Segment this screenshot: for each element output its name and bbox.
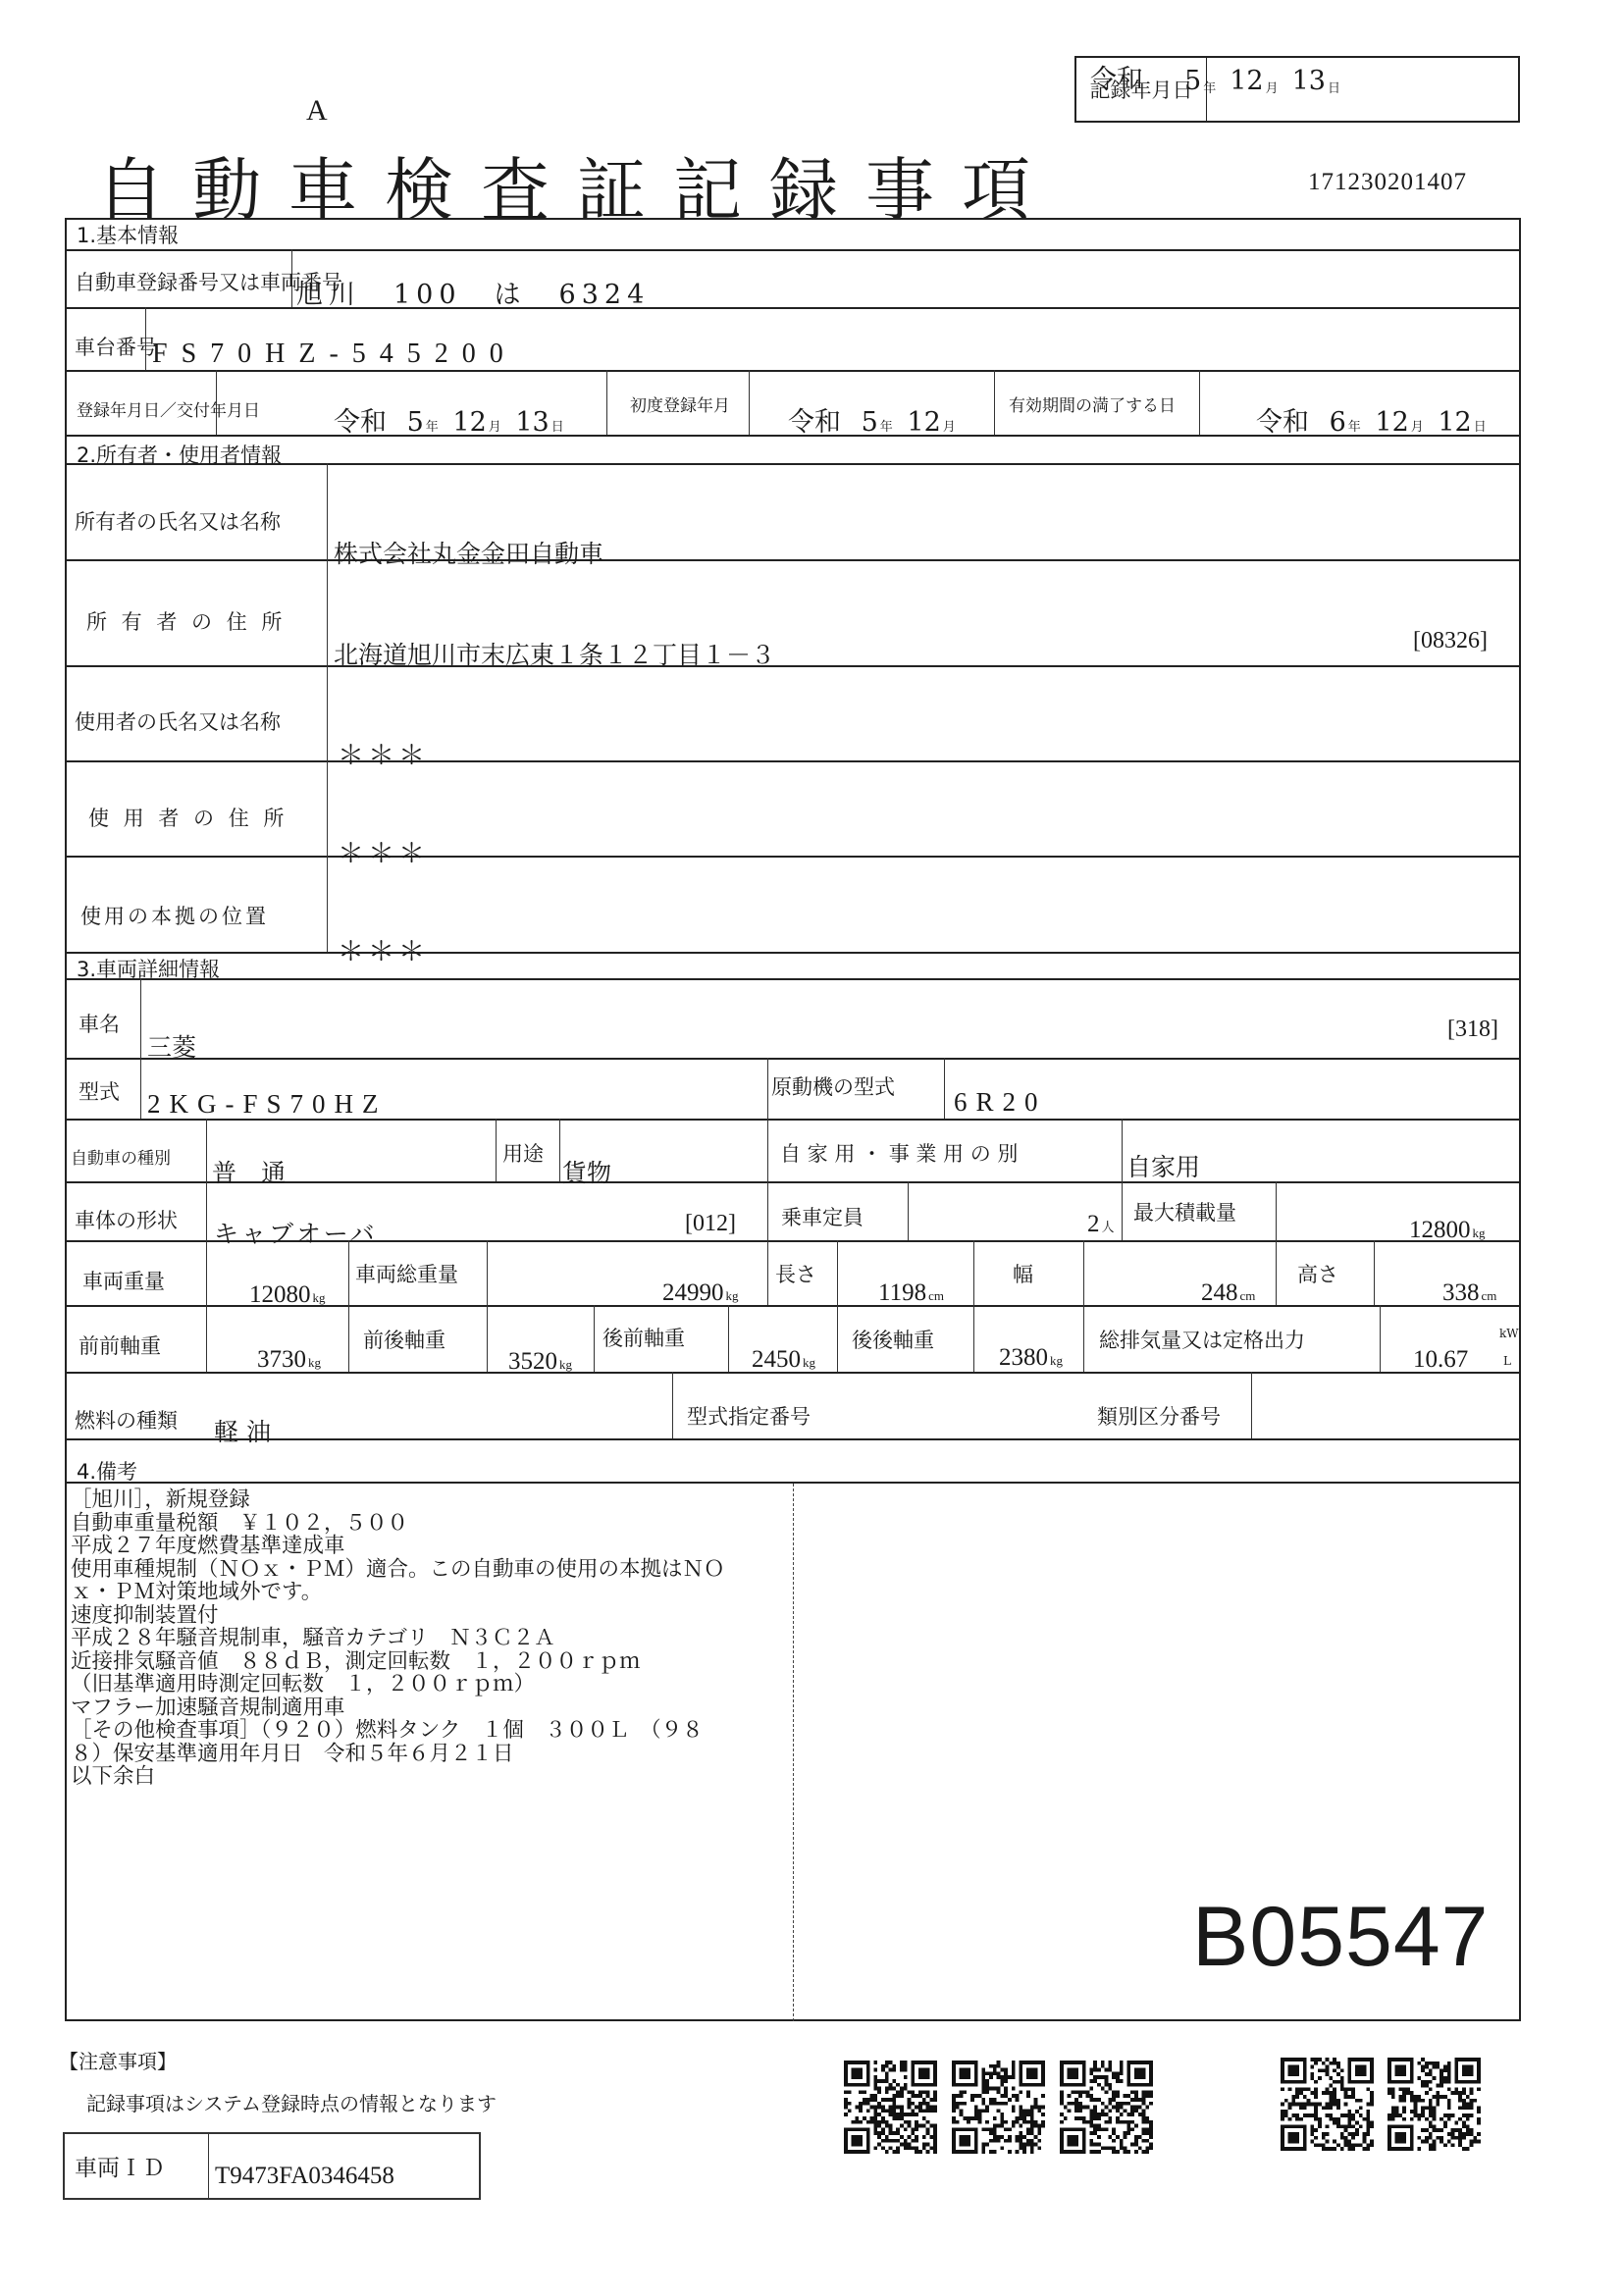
vehicle-id-box: 車両ＩＤ T9473FA0346458 [63, 2132, 481, 2200]
cell-divider [1199, 370, 1200, 435]
unit-kg: kg [1050, 1353, 1063, 1368]
record-date-value: 令和 5年 12月 13日 [1076, 58, 1340, 106]
width-label: 幅 [1013, 1259, 1033, 1288]
gross-weight-number: 24990 [662, 1279, 724, 1306]
unit-kw: kW [1499, 1327, 1519, 1340]
notes-title: 【注意事項】 [59, 2046, 177, 2074]
cell-divider [944, 1058, 945, 1119]
fr-axle-label: 前後軸重 [363, 1325, 445, 1354]
owner-address-code: [08326] [1413, 628, 1488, 654]
gross-weight-value: 24990kg [662, 1279, 739, 1307]
qr-code-icon [844, 2061, 937, 2154]
cell-divider [672, 1372, 673, 1438]
user-name-value: ＊＊＊ [338, 734, 429, 772]
era: 令和 [1090, 58, 1143, 96]
engine-model-label: 原動機の型式 [771, 1071, 895, 1101]
fuel-value: 軽 油 [214, 1413, 271, 1448]
cell-divider [728, 1305, 729, 1372]
vehicle-type-value: 普 通 [212, 1154, 286, 1189]
engine-model-value: 6R20 [954, 1087, 1047, 1118]
category-number-label: 類別区分番号 [1097, 1401, 1221, 1431]
rf-axle-value: 2450kg [752, 1346, 815, 1374]
unit-kg: kg [313, 1290, 326, 1305]
type-designation-label: 型式指定番号 [687, 1401, 811, 1431]
height-label: 高さ [1297, 1259, 1338, 1288]
car-name-value: 三菱 [147, 1028, 196, 1064]
cell-divider [1380, 1305, 1381, 1372]
registration-number-value: 旭川 100 は 6324 [296, 273, 650, 311]
displacement-label: 総排気量又は定格出力 [1099, 1325, 1305, 1354]
divider [65, 1058, 1521, 1060]
cell-divider [1374, 1240, 1375, 1305]
section-heading-remarks: 4.備考 [77, 1456, 137, 1486]
ff-axle-value: 3730kg [257, 1346, 321, 1374]
height-number: 338 [1442, 1279, 1480, 1306]
owner-address-label: 所 有 者 の 住 所 [86, 606, 286, 636]
divider [65, 856, 1521, 858]
capacity-label: 乗車定員 [781, 1202, 864, 1231]
width-value: 248cm [1201, 1279, 1255, 1307]
day: 13 [1292, 66, 1326, 96]
record-date-box: 記録年月日 令和 5年 12月 13日 [1074, 56, 1520, 123]
body-shape-value: キャブオーバ [214, 1215, 378, 1250]
unit-kg: kg [1473, 1226, 1486, 1240]
user-name-label: 使用者の氏名又は名称 [75, 706, 281, 736]
cell-divider [1276, 1240, 1277, 1305]
divider [65, 952, 1521, 954]
vehicle-weight-value: 12080kg [249, 1281, 326, 1309]
divider [65, 370, 1521, 372]
rr-axle-value: 2380kg [999, 1344, 1063, 1372]
unit-cm: cm [1482, 1288, 1497, 1303]
cell-divider [1122, 1119, 1123, 1240]
unit-person: 人 [1102, 1220, 1115, 1234]
model-value: 2KG-FS70HZ [147, 1089, 388, 1120]
base-location-label: 使用の本拠の位置 [80, 901, 269, 930]
year: 5 [862, 407, 878, 438]
chassis-number-value: FS70HZ-545200 [152, 339, 517, 370]
unit-month: 月 [489, 420, 501, 435]
length-value: 1198cm [878, 1279, 944, 1307]
cell-divider [1276, 1181, 1277, 1240]
model-label: 型式 [79, 1076, 120, 1106]
ff-axle-number: 3730 [257, 1346, 306, 1373]
divider [65, 249, 1521, 251]
private-business-value: 自家用 [1126, 1148, 1200, 1183]
fr-axle-value: 3520kg [508, 1348, 572, 1376]
fuel-label: 燃料の種類 [75, 1405, 178, 1435]
qr-code-icon [1387, 2058, 1481, 2151]
cell-divider [837, 1240, 838, 1372]
owner-address-value: 北海道旭川市末広東１条１２丁目１－３ [334, 636, 775, 671]
unit-year: 年 [880, 420, 893, 435]
rr-axle-label: 後後軸重 [852, 1325, 934, 1354]
fr-axle-number: 3520 [508, 1348, 557, 1375]
registration-date-label: 登録年月日／交付年月日 [77, 396, 260, 421]
unit-liter: L [1503, 1354, 1511, 1368]
qr-code-icon [952, 2061, 1045, 2154]
year: 6 [1330, 407, 1346, 438]
divider [65, 978, 1521, 980]
height-value: 338cm [1442, 1279, 1496, 1307]
unit-kg: kg [559, 1357, 572, 1372]
cell-divider [206, 1119, 207, 1372]
divider [65, 665, 1521, 667]
cell-divider [606, 370, 607, 435]
vehicle-weight-label: 車両重量 [82, 1266, 165, 1295]
body-shape-code: [012] [685, 1211, 736, 1237]
divider [65, 463, 1521, 465]
month: 12 [907, 407, 940, 438]
cell-divider [140, 978, 141, 1119]
stamp-code: B05547 [1192, 1889, 1490, 1986]
private-business-label: 自 家 用 ・ 事 業 用 の 別 [780, 1138, 1018, 1168]
cell-divider [348, 1240, 349, 1372]
vehicle-id-label: 車両ＩＤ [65, 2134, 209, 2198]
unit-kg: kg [308, 1355, 321, 1370]
section-heading-basic: 1.基本情報 [77, 220, 179, 249]
form-mark: A [306, 94, 328, 128]
rf-axle-number: 2450 [752, 1346, 801, 1373]
unit-day: 日 [1474, 420, 1487, 435]
rf-axle-label: 後前軸重 [602, 1323, 685, 1352]
cell-divider [327, 463, 328, 952]
month: 12 [1375, 407, 1408, 438]
qr-code-icon [1281, 2058, 1374, 2151]
capacity-value: 2人 [1087, 1211, 1115, 1238]
expiry-date-value: 令和 6年 12月 12日 [1256, 400, 1487, 439]
vehicle-type-label: 自動車の種別 [71, 1144, 171, 1169]
max-load-value: 12800kg [1409, 1217, 1486, 1244]
length-label: 長さ [775, 1259, 816, 1288]
first-registration-label: 初度登録年月 [630, 391, 730, 416]
unit-cm: cm [1240, 1288, 1256, 1303]
divider [65, 760, 1521, 762]
divider [65, 559, 1521, 561]
notes-body: 記録事項はシステム登録時点の情報となります [86, 2088, 497, 2116]
remarks-divider [793, 1484, 794, 2021]
first-registration-value: 令和 5年 12月 [788, 400, 956, 439]
cell-divider [767, 1058, 768, 1305]
era: 令和 [788, 407, 841, 438]
car-name-code: [318] [1447, 1017, 1498, 1043]
divider [65, 307, 1521, 309]
unit-month: 月 [1411, 420, 1424, 435]
vehicle-id-value: T9473FA0346458 [209, 2134, 479, 2198]
unit-cm: cm [928, 1288, 944, 1303]
section-heading-owner-user: 2.所有者・使用者情報 [77, 440, 282, 469]
unit-year: 年 [1203, 78, 1216, 96]
cell-divider [559, 1119, 560, 1181]
ff-axle-label: 前前軸重 [79, 1331, 161, 1360]
cell-divider [487, 1240, 488, 1372]
max-load-number: 12800 [1409, 1217, 1471, 1243]
cell-divider [1251, 1372, 1252, 1438]
qr-code-icon [1060, 2061, 1153, 2154]
unit-month: 月 [1266, 78, 1279, 96]
era: 令和 [334, 407, 387, 438]
base-location-value: ＊＊＊ [338, 930, 429, 968]
cell-divider [496, 1119, 497, 1181]
width-number: 248 [1201, 1279, 1238, 1306]
unit-year: 年 [1348, 420, 1361, 435]
divider [65, 1438, 1521, 1440]
day: 13 [515, 407, 549, 438]
serial-number: 171230201407 [1308, 169, 1467, 196]
user-address-value: ＊＊＊ [338, 832, 429, 870]
max-load-label: 最大積載量 [1133, 1197, 1236, 1226]
user-address-label: 使 用 者 の 住 所 [88, 803, 288, 832]
purpose-value: 貨物 [562, 1154, 611, 1189]
era: 令和 [1256, 407, 1309, 438]
unit-kg: kg [803, 1355, 815, 1370]
cell-divider [594, 1305, 595, 1372]
expiry-date-label: 有効期間の満了する日 [1009, 391, 1176, 416]
length-number: 1198 [878, 1279, 926, 1306]
month: 12 [452, 407, 486, 438]
car-name-label: 車名 [79, 1009, 120, 1038]
owner-name-value: 株式会社丸金金田自動車 [334, 535, 603, 570]
cell-divider [1083, 1240, 1084, 1372]
unit-month: 月 [943, 420, 956, 435]
gross-weight-label: 車両総重量 [355, 1259, 458, 1288]
capacity-number: 2 [1087, 1211, 1100, 1237]
remarks-text: ［旭川］，新規登録 自動車重量税額 ￥１０２，５００ 平成２７年度燃費基準達成車… [71, 1488, 725, 1789]
section-heading-vehicle: 3.車両詳細情報 [77, 954, 220, 983]
chassis-number-label: 車台番号 [75, 332, 157, 361]
cell-divider [973, 1240, 974, 1372]
day: 12 [1438, 407, 1471, 438]
month: 12 [1230, 66, 1263, 96]
year: 5 [407, 407, 424, 438]
rr-axle-number: 2380 [999, 1344, 1048, 1371]
body-shape-label: 車体の形状 [75, 1205, 178, 1234]
unit-day: 日 [551, 420, 564, 435]
owner-name-label: 所有者の氏名又は名称 [75, 506, 281, 536]
year: 5 [1184, 66, 1201, 96]
vehicle-weight-number: 12080 [249, 1281, 311, 1308]
cell-divider [749, 370, 750, 435]
unit-kg: kg [726, 1288, 739, 1303]
registration-date-value: 令和 5年 12月 13日 [334, 400, 564, 439]
cell-divider [994, 370, 995, 435]
unit-year: 年 [426, 420, 439, 435]
unit-day: 日 [1328, 78, 1340, 96]
purpose-label: 用途 [502, 1138, 544, 1168]
cell-divider [908, 1181, 909, 1240]
displacement-value: 10.67 [1413, 1346, 1468, 1374]
